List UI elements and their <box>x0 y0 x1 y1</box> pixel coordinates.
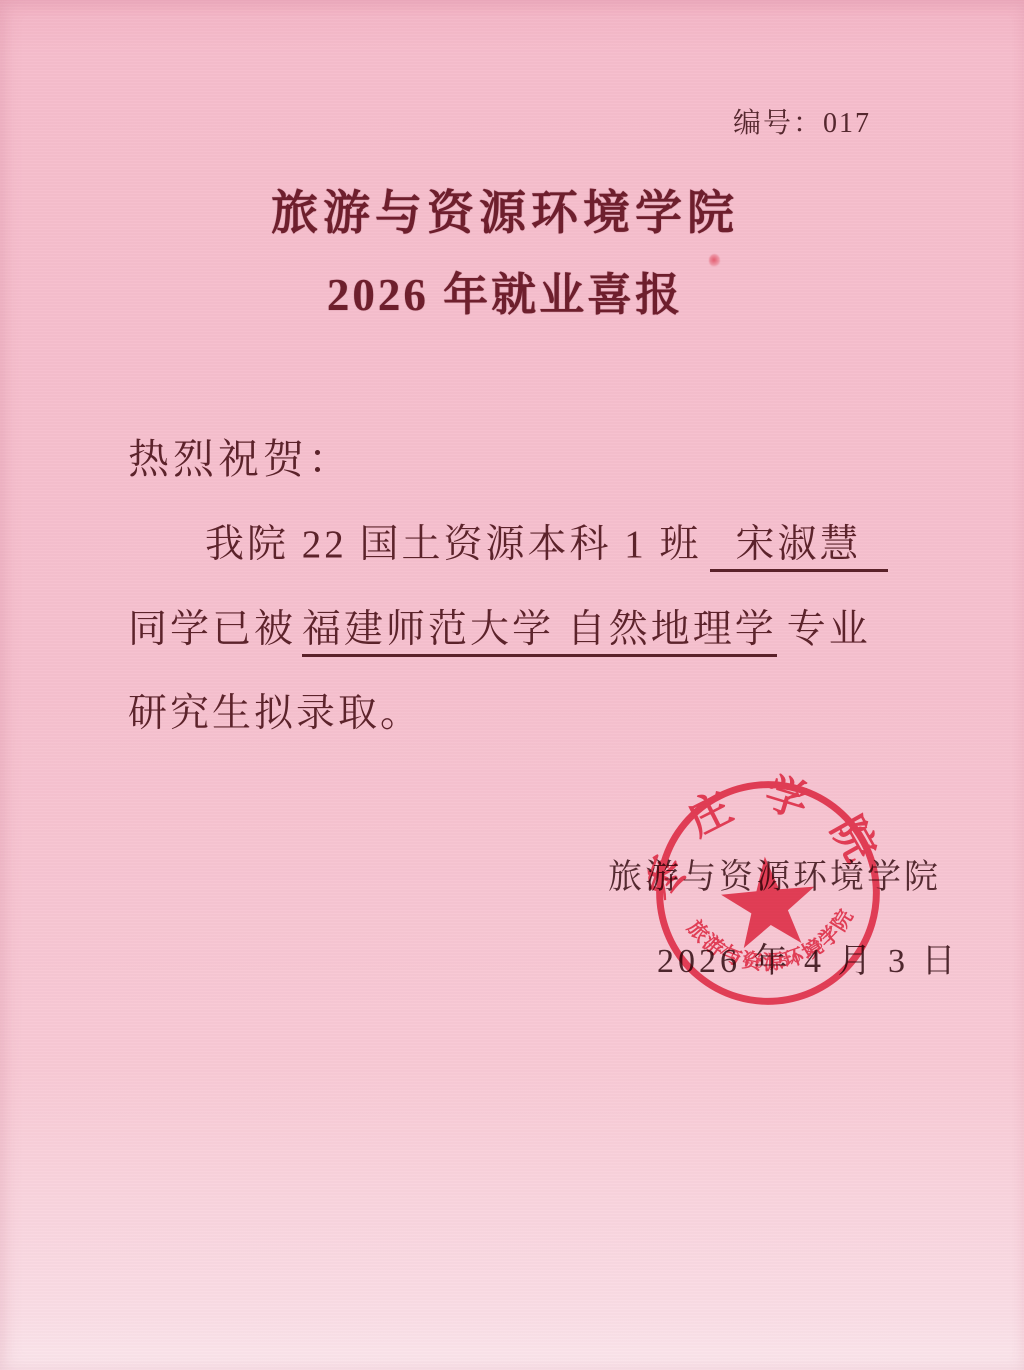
admitted-prefix-text: 同学已被 <box>128 608 296 651</box>
salutation: 热烈祝贺： <box>128 426 353 485</box>
scanned-notice-page: 编号：017 旅游与资源环境学院 2026 年就业喜报 热烈祝贺： 我院 22 … <box>0 0 1024 1370</box>
major-suffix-text: 专业 <box>787 608 871 651</box>
official-seal-stamp: 枣庄学院 旅游与资源环境学院 37040250333 <box>640 765 896 1021</box>
seal-star-icon <box>718 853 819 950</box>
body-line-2: 同学已被福建师范大学 自然地理学专业 <box>128 598 871 657</box>
college-title: 旅游与资源环境学院 <box>0 176 1010 243</box>
serial-number-label: 编号：017 <box>733 101 871 141</box>
body-line-3: 研究生拟录取。 <box>128 682 422 738</box>
body-line-1: 我院 22 国土资源本科 1 班宋淑慧 <box>205 513 888 572</box>
ink-speck <box>709 254 720 267</box>
student-name-underlined: 宋淑慧 <box>710 513 888 572</box>
class-prefix-text: 我院 22 国土资源本科 1 班 <box>205 523 702 566</box>
university-major-underlined: 福建师范大学 自然地理学 <box>302 598 777 657</box>
notice-title: 2026 年就业喜报 <box>0 258 1010 323</box>
